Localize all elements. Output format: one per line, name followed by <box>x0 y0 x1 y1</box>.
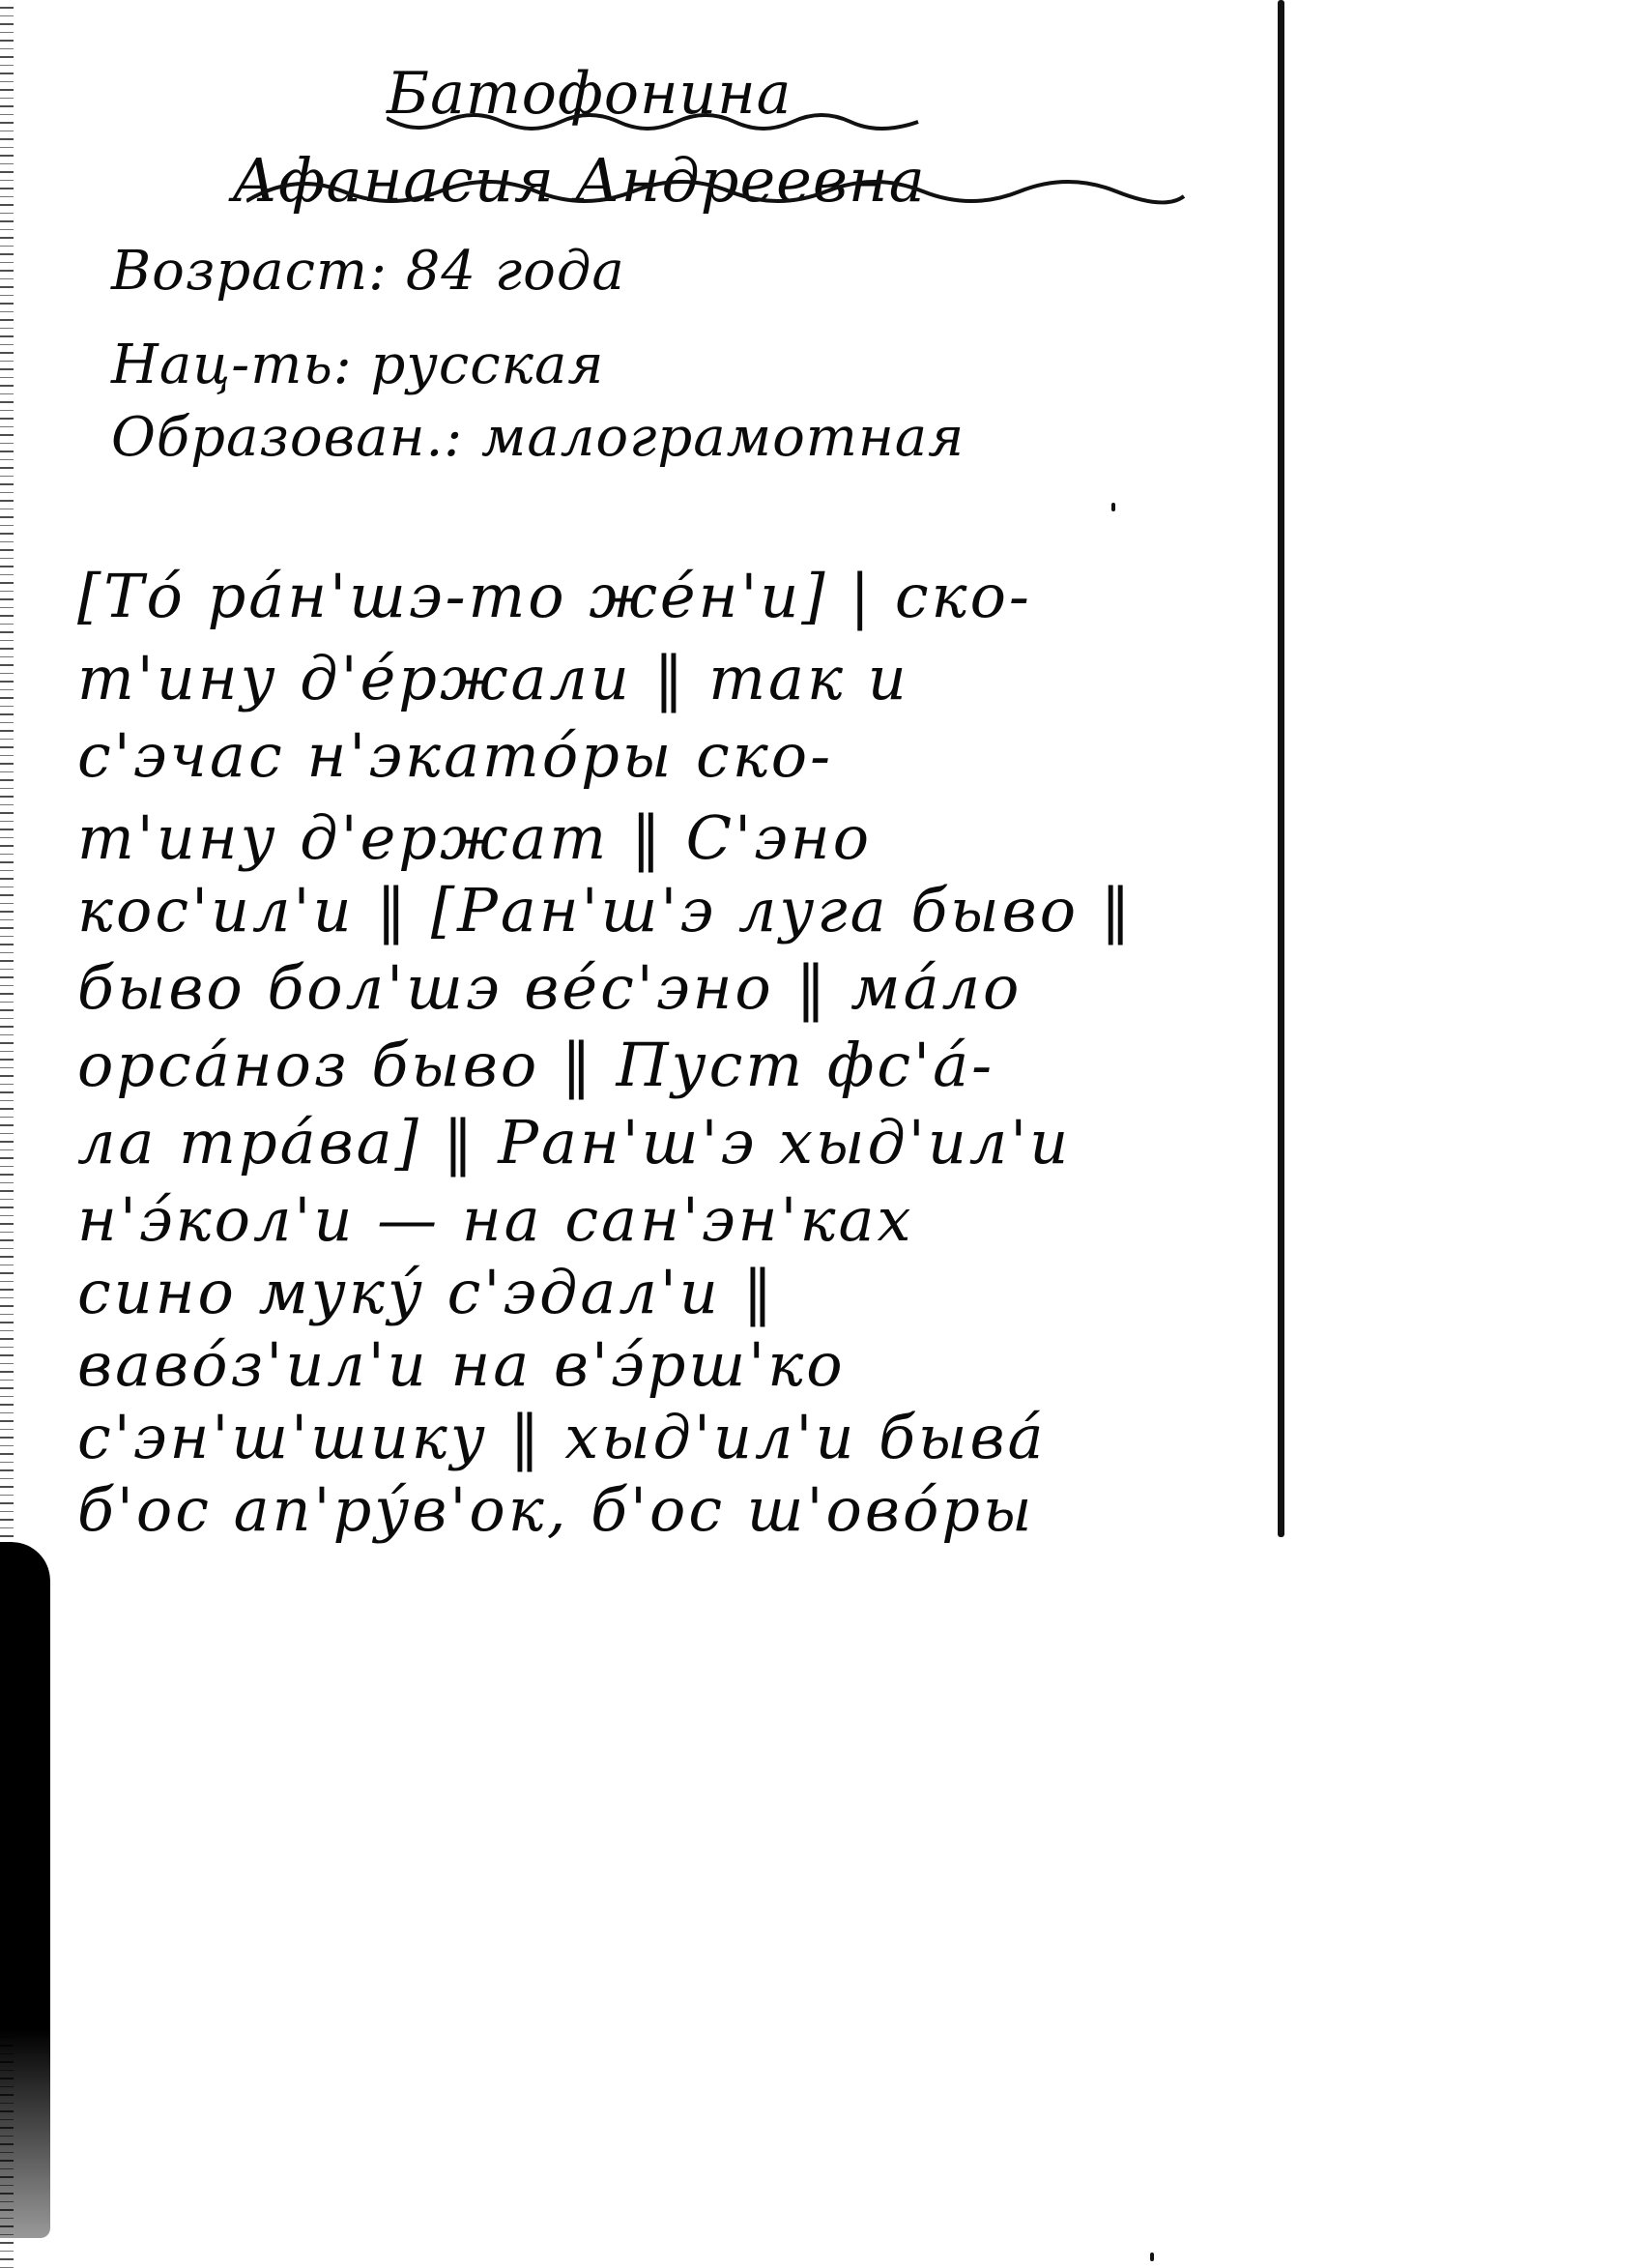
transcription-line: орса́ноз быво ‖ Пуст фс'а́- <box>77 1030 994 1100</box>
meta-age-label: Возраст: <box>111 240 388 303</box>
meta-nationality: Нац-ть: русская <box>111 334 604 396</box>
transcription-line: быво бол'шэ ве́с'эно ‖ ма́ло <box>77 952 1022 1023</box>
meta-age: Возраст: 84 года <box>111 240 625 303</box>
transcription-line: сино муку́ с'эдал'и ‖ <box>77 1257 776 1327</box>
transcription-line: ла тра́ва] ‖ Ран'ш'э хыд'ил'и <box>77 1107 1071 1178</box>
name-underline-wave <box>246 172 1194 211</box>
transcription-line: т'ину д'е́ржали ‖ так и <box>77 643 909 713</box>
transcription-line: с'эн'ш'шику ‖ хыд'ил'и быва́ <box>77 1402 1047 1472</box>
transcription-line: [Тó ра́н'шэ-то же́н'и] | ско- <box>77 561 1032 631</box>
transcription-line: кос'ил'и ‖ [Ран'ш'э луга быво ‖ <box>77 875 1134 945</box>
meta-education-label: Образован.: <box>111 406 463 469</box>
transcription-line: ваво́з'ил'и на в'э́рш'ко <box>77 1329 846 1400</box>
scan-speck <box>1150 2253 1154 2261</box>
meta-nationality-label: Нац-ть: <box>111 334 353 396</box>
scan-speck <box>1111 503 1115 511</box>
transcription-line: с'эчас н'экато́ры скo- <box>77 720 833 791</box>
scanned-page: Батофонина Афанасия Андреевна Возраст: 8… <box>0 0 1643 2268</box>
page-right-border-line <box>1278 0 1284 1537</box>
transcription-line: т'ину д'ержат ‖ С'эно <box>77 802 872 873</box>
transcription-line: б'ос ап'ру́в'ок, б'ос ш'ово́ры <box>77 1474 1034 1545</box>
transcription-line: н'э́кол'и — на сан'эн'ках <box>77 1184 913 1255</box>
meta-nationality-value: русская <box>371 334 605 396</box>
title-underline-wave <box>387 108 928 137</box>
scan-edge-blot <box>0 1542 50 2238</box>
meta-education-value: малограмотная <box>481 406 965 469</box>
meta-education: Образован.: малограмотная <box>111 406 965 469</box>
meta-age-value: 84 года <box>406 240 625 303</box>
